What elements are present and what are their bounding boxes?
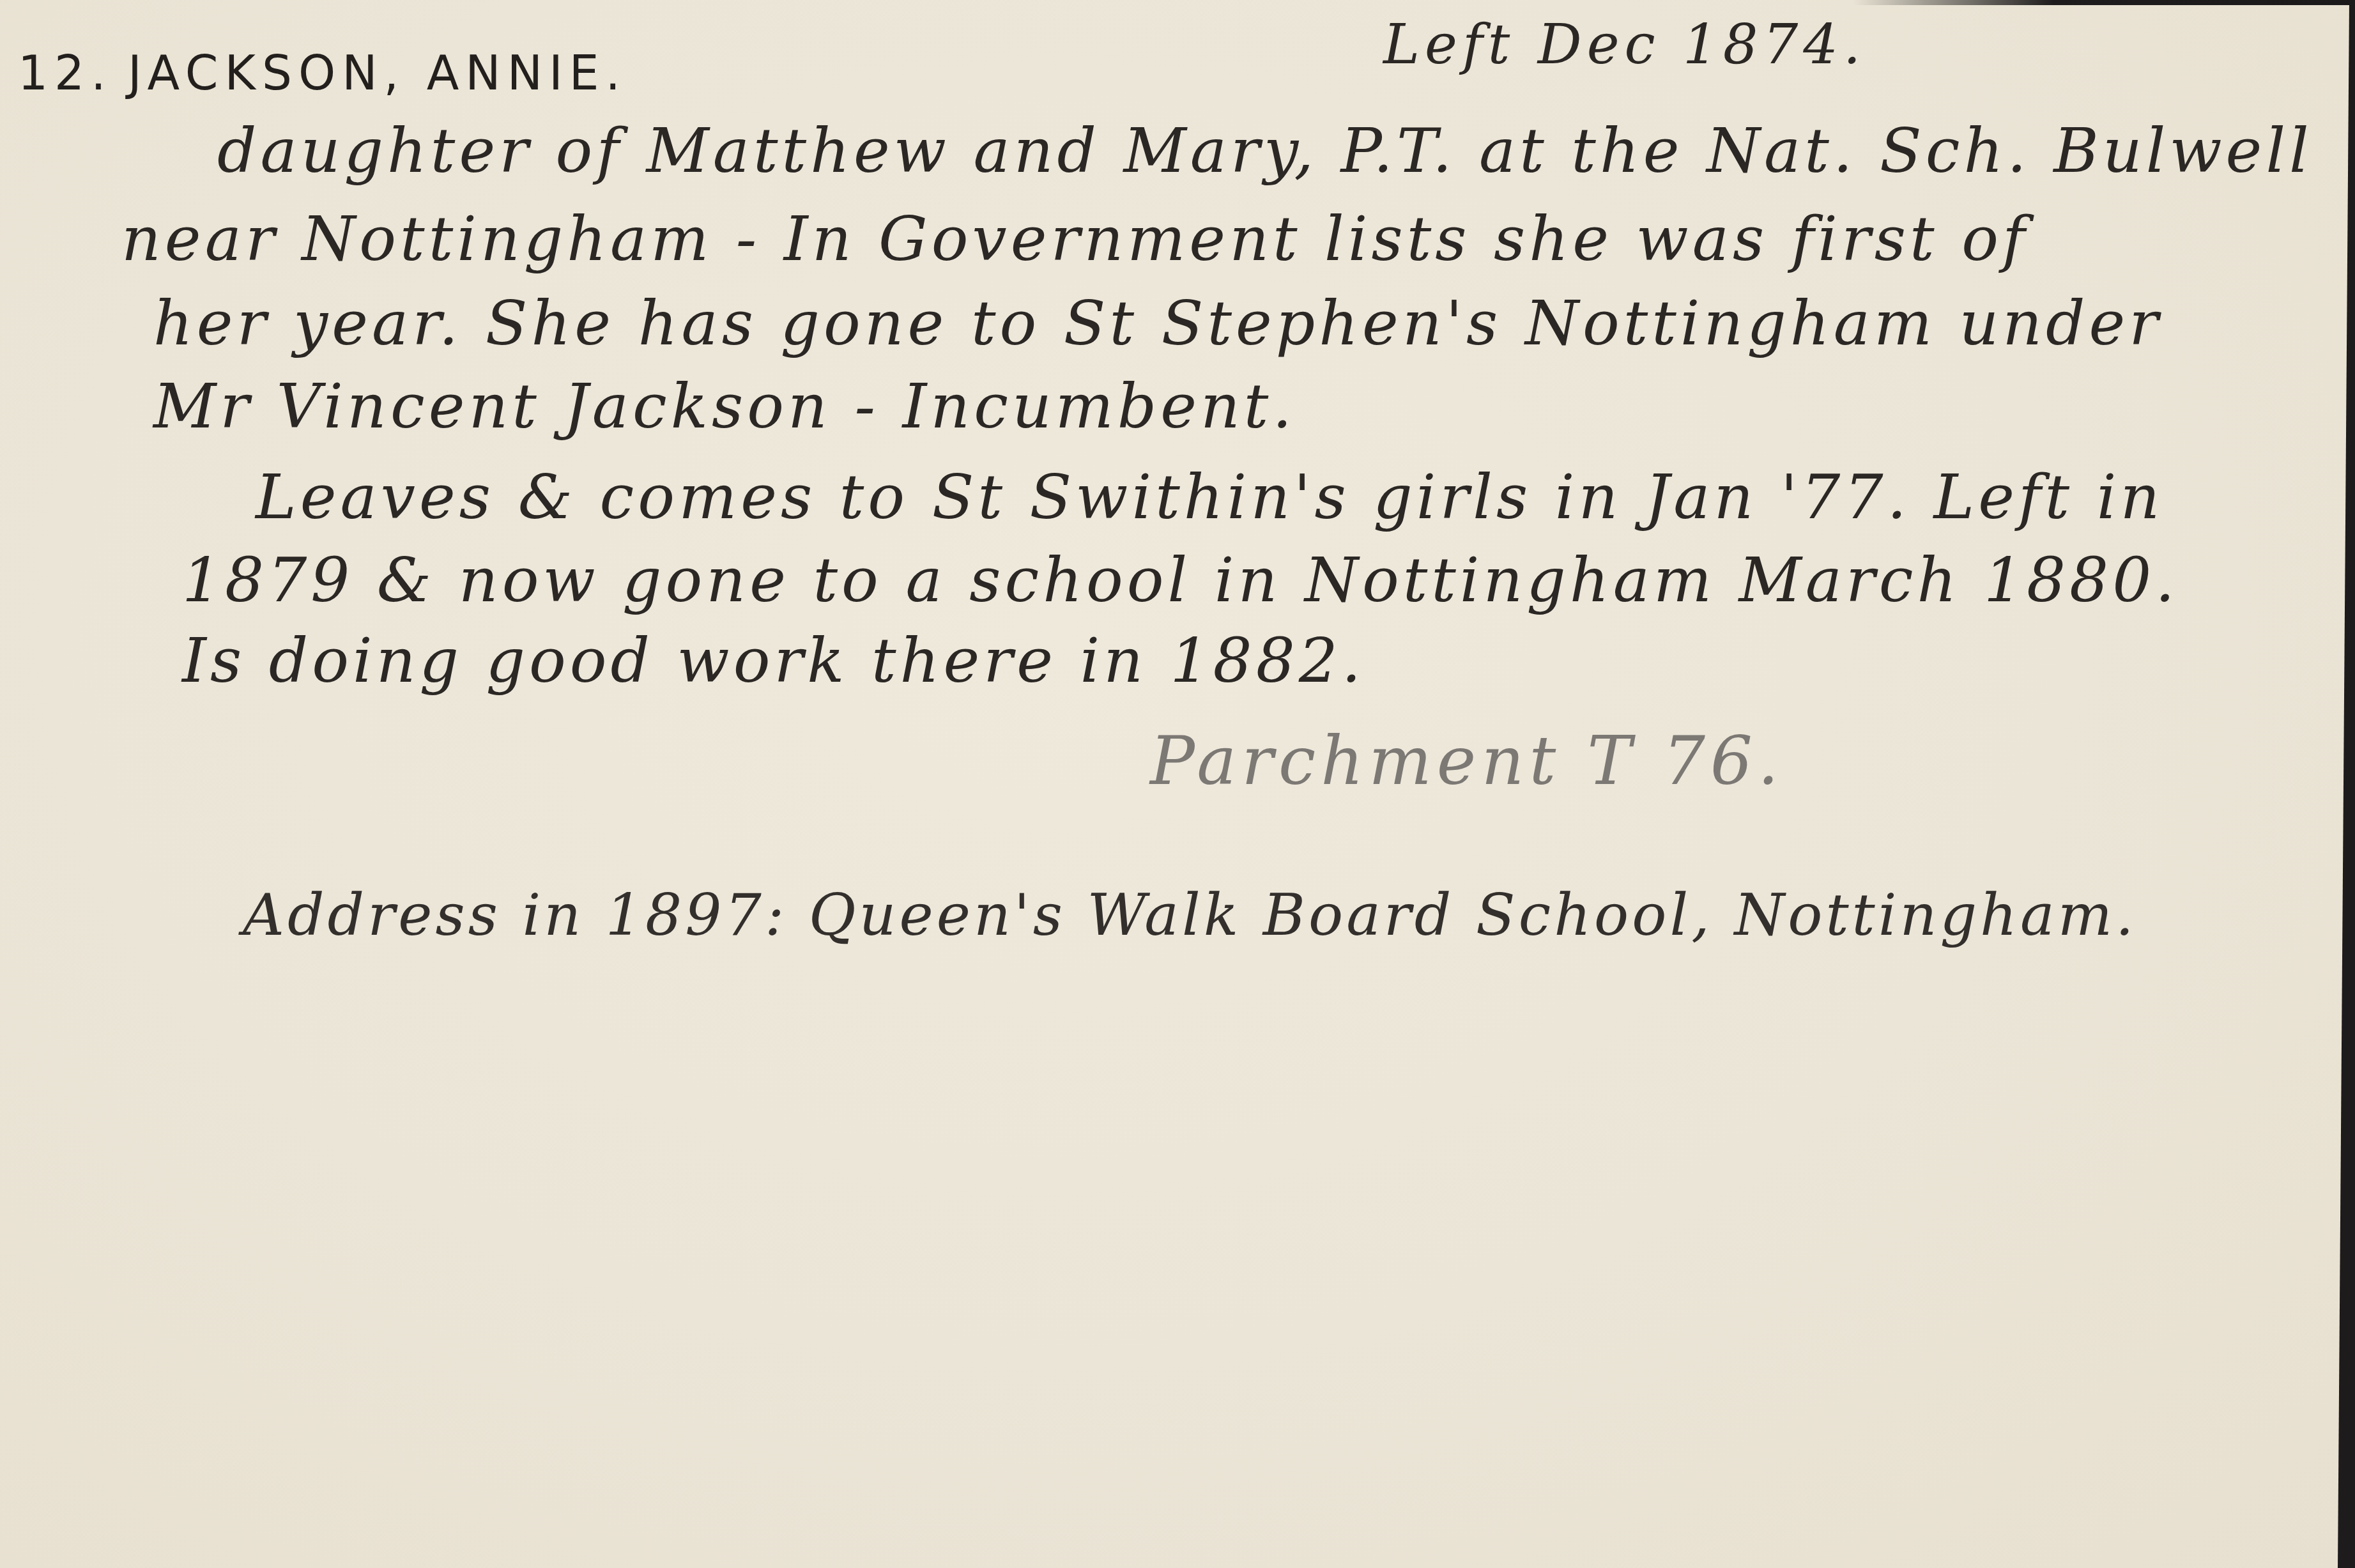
- mount-edge-right: [2336, 0, 2355, 1568]
- body-line-4: Mr Vincent Jackson - Incumbent.: [153, 371, 1296, 442]
- register-page: 12. JACKSON, ANNIE. Left Dec 1874. daugh…: [0, 0, 2355, 1568]
- mount-edge-top: [1853, 0, 2355, 5]
- entry-number: 12.: [18, 46, 112, 101]
- body-line-7: Is doing good work there in 1882.: [182, 625, 1365, 696]
- address-note: Address in 1897: Queen's Walk Board Scho…: [243, 882, 2137, 949]
- entry-name: JACKSON, ANNIE.: [128, 46, 627, 101]
- body-line-1: daughter of Matthew and Mary, P.T. at th…: [217, 115, 2313, 187]
- body-line-3: her year. She has gone to St Stephen's N…: [153, 288, 2162, 359]
- body-line-5: Leaves & comes to St Swithin's girls in …: [256, 461, 2163, 533]
- body-line-2: near Nottingham - In Government lists sh…: [121, 203, 2029, 275]
- parchment-note: Parchment T 76.: [1150, 722, 1784, 800]
- body-line-6: 1879 & now gone to a school in Nottingha…: [182, 544, 2179, 616]
- left-date-note: Left Dec 1874.: [1383, 13, 1866, 77]
